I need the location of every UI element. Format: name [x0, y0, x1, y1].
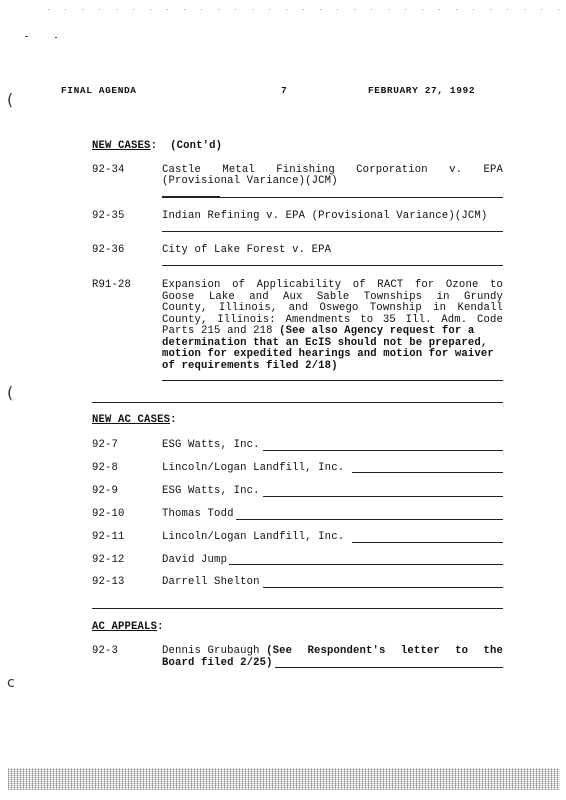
page-number: 7: [281, 85, 287, 96]
heading-text: AC APPEALS: [92, 621, 157, 633]
signature-rule: [263, 496, 503, 497]
bold-note-line: motion for expedited hearings and motion…: [162, 349, 503, 361]
case-number: 92-34: [92, 165, 125, 177]
signature-rule: [162, 380, 503, 381]
signature-rule: [162, 265, 503, 266]
signature-rule: [220, 197, 503, 198]
case-number: 92-10: [92, 509, 125, 521]
scan-speck: [25, 36, 28, 37]
scan-noise-bottom: [8, 768, 560, 790]
case-number: 92-36: [92, 245, 125, 257]
signature-rule: [162, 231, 503, 232]
section-heading-new-ac-cases: NEW AC CASES:: [92, 415, 177, 427]
case-title-line: City of Lake Forest v. EPA: [162, 245, 503, 257]
punch-hole-mark-top: (: [7, 92, 13, 108]
case-name: Dennis Grubaugh: [162, 646, 266, 658]
signature-rule: [236, 519, 503, 520]
signature-rule: [275, 667, 503, 668]
case-number: 92-3: [92, 646, 118, 658]
bold-note-line: of requirements filed 2/18): [162, 361, 503, 373]
case-number: 92-8: [92, 463, 118, 475]
appeal-line: Dennis Grubaugh (See Respondent's letter…: [162, 646, 503, 658]
punch-hole-mark-middle: (: [7, 385, 13, 401]
case-title-line: County, Illinois, and Oswego Township in…: [162, 303, 503, 315]
signature-rule: [162, 196, 220, 198]
signature-rule: [352, 472, 503, 473]
heading-text: NEW CASES: [92, 140, 151, 152]
signature-rule: [263, 450, 503, 451]
case-number: 92-7: [92, 440, 118, 452]
case-number: 92-12: [92, 555, 125, 567]
case-number: 92-13: [92, 577, 125, 589]
bold-note: (See also Agency request for a: [279, 325, 474, 337]
signature-rule: [229, 564, 503, 565]
case-title-line: Indian Refining v. EPA (Provisional Vari…: [162, 211, 503, 223]
case-title-line: Expansion of Applicability of RACT for O…: [162, 280, 503, 292]
section-heading-ac-appeals: AC APPEALS:: [92, 622, 164, 634]
case-title-line-mixed: Parts 215 and 218 (See also Agency reque…: [162, 326, 503, 338]
case-number: R91-28: [92, 280, 131, 292]
scan-noise-top: [40, 8, 560, 11]
agenda-page: ( ( c FINAL AGENDA 7 FEBRUARY 27, 1992 N…: [0, 0, 566, 800]
heading-suffix: : (Cont'd): [151, 140, 223, 152]
case-number: 92-9: [92, 486, 118, 498]
case-number: 92-35: [92, 211, 125, 223]
heading-text: NEW AC CASES: [92, 414, 170, 426]
agenda-date: FEBRUARY 27, 1992: [368, 85, 475, 96]
plain-text: Parts 215 and 218: [162, 325, 279, 337]
agenda-title: FINAL AGENDA: [61, 85, 137, 96]
case-number: 92-11: [92, 532, 125, 544]
case-title-line: (Provisional Variance)(JCM): [162, 176, 503, 188]
section-separator: [92, 402, 503, 403]
heading-suffix: :: [170, 414, 177, 426]
heading-suffix: :: [157, 621, 164, 633]
bold-note: (See Respondent's letter to the: [266, 646, 503, 658]
scan-speck: [55, 37, 57, 38]
punch-hole-mark-bottom: c: [7, 675, 15, 691]
section-separator: [92, 608, 503, 609]
signature-rule: [352, 542, 503, 543]
signature-rule: [263, 587, 503, 588]
section-heading-new-cases: NEW CASES: (Cont'd): [92, 141, 222, 153]
